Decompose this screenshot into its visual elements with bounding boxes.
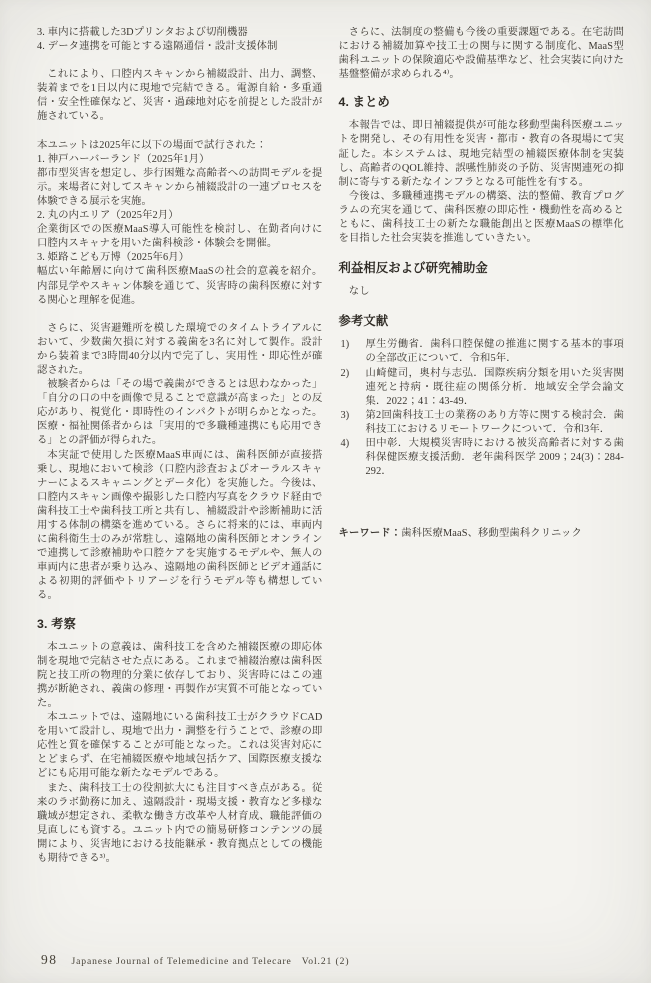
trial-intro: 本ユニットは2025年に以下の場面で試行された： — [37, 139, 323, 153]
keywords-row: キーワード： 歯科医療MaaS、移動型歯科クリニック — [339, 527, 625, 541]
journal-paper-page: 3. 車内に搭載した3Dプリンタおよび切削機器 4. データ連携を可能とする遠隔… — [0, 0, 651, 983]
event-title: 2. 丸の内エリア（2025年2月） — [37, 209, 323, 223]
paragraph-vehicle: 本実証で使用した医療MaaS車両には、歯科医師が直接搭乗し、現地において検診（口… — [37, 449, 323, 604]
right-column: さらに、法制度の整備も今後の重要課題である。在宅訪問における補綴加算や技工士の関… — [339, 26, 625, 866]
page-footer: 98 Japanese Journal of Telemedicine and … — [41, 952, 349, 968]
reference-text: 山崎健司，奥村与志弘．国際疾病分類を用いた災害関連死と持病・既往症の関係分析．地… — [366, 367, 625, 409]
event-description: 幅広い年齢層に向けて歯科医療MaaSの社会的意義を紹介。内部見学やスキャン体験を… — [37, 265, 323, 307]
keywords-label: キーワード： — [339, 527, 402, 541]
paragraph-timetrial: さらに、災害避難所を模した環境でのタイムトライアルにおいて、少数歯欠損に対する義… — [37, 322, 323, 378]
reference-text: 厚生労働省．歯科口腔保健の推進に関する基本的事項の全部改正について．令和5年． — [366, 338, 625, 366]
event-title: 1. 神戸ハーバーランド（2025年1月） — [37, 153, 323, 167]
reference-list: 1) 厚生労働省．歯科口腔保健の推進に関する基本的事項の全部改正について．令和5… — [339, 338, 625, 479]
reference-item: 1) 厚生労働省．歯科口腔保健の推進に関する基本的事項の全部改正について．令和5… — [341, 338, 625, 366]
paragraph-completion: これにより、口腔内スキャンから補綴設計、出力、調整、装着までを1日以内に現地で完… — [37, 68, 323, 124]
reference-text: 田中彰．大規模災害時における被災高齢者に対する歯科保健医療支援活動．老年歯科医学… — [366, 437, 625, 479]
paragraph-gap — [37, 308, 323, 322]
journal-volume: Vol.21 (2) — [302, 956, 350, 967]
reference-item: 4) 田中彰．大規模災害時における被災高齢者に対する歯科保健医療支援活動．老年歯… — [341, 437, 625, 479]
reference-number: 3) — [341, 409, 356, 437]
keywords-text: 歯科医療MaaS、移動型歯科クリニック — [401, 527, 624, 541]
left-column: 3. 車内に搭載した3Dプリンタおよび切削機器 4. データ連携を可能とする遠隔… — [37, 26, 323, 866]
discussion-paragraph: また、歯科技工士の役割拡大にも注目すべき点がある。従来のラボ勤務に加え、遠隔設計… — [37, 782, 323, 867]
reference-number: 2) — [341, 367, 356, 409]
unit-feature-item: 4. データ連携を可能とする遠隔通信・設計支援体制 — [37, 40, 323, 54]
summary-paragraph: 今後は、多職種連携モデルの構築、法的整備、教育プログラムの充実を通じて、歯科医療… — [339, 190, 625, 246]
reference-item: 2) 山崎健司，奥村与志弘．国際疾病分類を用いた災害関連死と持病・既往症の関係分… — [341, 367, 625, 409]
discussion-paragraph: 本ユニットでは、遠隔地にいる歯科技工士がクラウドCADを用いて設計し、現地で出力… — [37, 711, 323, 781]
section-heading-summary: 4. まとめ — [339, 95, 625, 110]
coi-statement: なし — [339, 285, 625, 299]
reference-item: 3) 第2回歯科技工士の業務のあり方等に関する検討会．歯科技工におけるリモートワ… — [341, 409, 625, 437]
discussion-paragraph: 本ユニットの意義は、歯科技工を含めた補綴医療の即応体制を現地で完結させた点にある… — [37, 641, 323, 711]
paragraph-feedback: 被験者からは「その場で義歯ができるとは思わなかった」「自分の口の中を画像で見るこ… — [37, 378, 323, 448]
journal-title: Japanese Journal of Telemedicine and Tel… — [72, 956, 292, 967]
paragraph-legal: さらに、法制度の整備も今後の重要課題である。在宅訪問における補綴加算や技工士の関… — [339, 26, 625, 82]
reference-number: 1) — [341, 338, 356, 366]
event-title: 3. 姫路こども万博（2025年6月） — [37, 251, 323, 265]
reference-text: 第2回歯科技工士の業務のあり方等に関する検討会．歯科技工におけるリモートワークに… — [366, 409, 625, 437]
unit-feature-item: 3. 車内に搭載した3Dプリンタおよび切削機器 — [37, 26, 323, 40]
paragraph-gap — [37, 125, 323, 139]
reference-number: 4) — [341, 437, 356, 479]
section-heading-references: 参考文献 — [339, 314, 625, 329]
paragraph-gap — [37, 54, 323, 68]
page-number: 98 — [41, 952, 58, 968]
event-description: 企業街区での医療MaaS導入可能性を検討し、在勤者向けに口腔内スキャナを用いた歯… — [37, 223, 323, 251]
section-heading-discussion: 3. 考察 — [37, 617, 323, 632]
summary-paragraph: 本報告では、即日補綴提供が可能な移動型歯科医療ユニットを開発し、その有用性を災害… — [339, 119, 625, 189]
section-heading-coi: 利益相反および研究補助金 — [339, 261, 625, 276]
two-column-body: 3. 車内に搭載した3Dプリンタおよび切削機器 4. データ連携を可能とする遠隔… — [0, 0, 651, 866]
event-description: 都市型災害を想定し、歩行困難な高齢者への訪問モデルを提示。来場者に対してスキャン… — [37, 167, 323, 209]
